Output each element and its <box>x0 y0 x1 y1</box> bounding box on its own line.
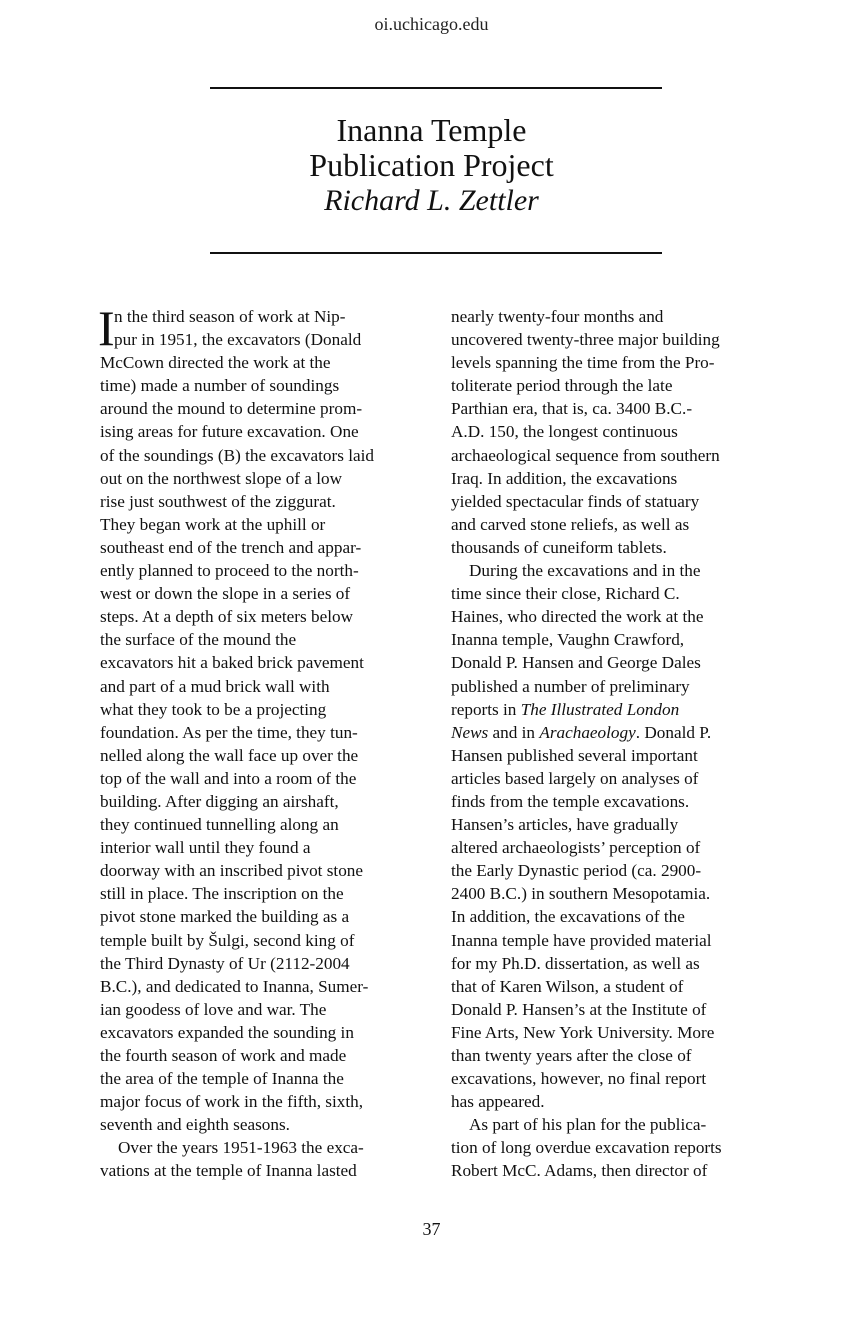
text-line: steps. At a depth of six meters below <box>100 605 420 628</box>
text-line: out on the northwest slope of a low <box>100 467 420 490</box>
paragraph-start-line: Over the years 1951-1963 the exca- <box>100 1136 420 1159</box>
text-line: Iraq. In addition, the excavations <box>451 467 781 490</box>
paragraph-start-line: During the excavations and in the <box>451 559 781 582</box>
publication-title-news: News <box>451 723 488 742</box>
text-line: ising areas for future excavation. One <box>100 420 420 443</box>
text-line: nelled along the wall face up over the <box>100 744 420 767</box>
text-line: for my Ph.D. dissertation, as well as <box>451 952 781 975</box>
text-line: southeast end of the trench and appar- <box>100 536 420 559</box>
text-line: In the third season of work at Nip- <box>100 305 420 328</box>
text-line: excavators expanded the sounding in <box>100 1021 420 1044</box>
text-run: and in <box>488 723 539 742</box>
text-line: levels spanning the time from the Pro- <box>451 351 781 374</box>
text-line: yielded spectacular finds of statuary <box>451 490 781 513</box>
text-line: Haines, who directed the work at the <box>451 605 781 628</box>
text-line: that of Karen Wilson, a student of <box>451 975 781 998</box>
right-column: nearly twenty-four months and uncovered … <box>451 305 781 1183</box>
text-line: still in place. The inscription on the <box>100 882 420 905</box>
text-line: the fourth season of work and made <box>100 1044 420 1067</box>
text-line: pur in 1951, the excavators (Donald <box>100 328 420 351</box>
publication-title-illustrated-london-news: The Illustrated London <box>521 700 680 719</box>
text-line: rise just southwest of the ziggurat. <box>100 490 420 513</box>
text-line: west or down the slope in a series of <box>100 582 420 605</box>
text-line: Donald P. Hansen and George Dales <box>451 651 781 674</box>
text-line: Donald P. Hansen’s at the Institute of <box>451 998 781 1021</box>
text-line: building. After digging an airshaft, <box>100 790 420 813</box>
text-line: Robert McC. Adams, then director of <box>451 1159 781 1182</box>
text-line: the Third Dynasty of Ur (2112-2004 <box>100 952 420 975</box>
text-line: they continued tunnelling along an <box>100 813 420 836</box>
text-line: articles based largely on analyses of <box>451 767 781 790</box>
text-line: Hansen’s articles, have gradually <box>451 813 781 836</box>
text-line: than twenty years after the close of <box>451 1044 781 1067</box>
text-line: Inanna temple have provided material <box>451 929 781 952</box>
text-line: foundation. As per the time, they tun- <box>100 721 420 744</box>
text-line: time) made a number of soundings <box>100 374 420 397</box>
text-line: ently planned to proceed to the north- <box>100 559 420 582</box>
text-line: A.D. 150, the longest continuous <box>451 420 781 443</box>
text-line: uncovered twenty-three major building <box>451 328 781 351</box>
bottom-rule <box>210 252 662 254</box>
text-line: vations at the temple of Inanna lasted <box>100 1159 420 1182</box>
text-line: and part of a mud brick wall with <box>100 675 420 698</box>
text-line-content: n the third season of work at Nip- <box>114 307 346 326</box>
text-line: Parthian era, that is, ca. 3400 B.C.- <box>451 397 781 420</box>
left-column: In the third season of work at Nip- pur … <box>100 305 420 1183</box>
text-line: Inanna temple, Vaughn Crawford, <box>451 628 781 651</box>
text-line: major focus of work in the fifth, sixth, <box>100 1090 420 1113</box>
article-title-line-2: Publication Project <box>0 148 863 183</box>
article-author: Richard L. Zettler <box>0 183 863 219</box>
text-line: around the mound to determine prom- <box>100 397 420 420</box>
text-line: thousands of cuneiform tablets. <box>451 536 781 559</box>
text-line: Fine Arts, New York University. More <box>451 1021 781 1044</box>
text-line: News and in Arachaeology. Donald P. <box>451 721 781 744</box>
text-line: and carved stone reliefs, as well as <box>451 513 781 536</box>
text-line: In addition, the excavations of the <box>451 905 781 928</box>
text-line: tion of long overdue excavation reports <box>451 1136 781 1159</box>
article-title-line-1: Inanna Temple <box>0 113 863 148</box>
text-line: B.C.), and dedicated to Inanna, Sumer- <box>100 975 420 998</box>
text-line: reports in The Illustrated London <box>451 698 781 721</box>
text-line: Hansen published several important <box>451 744 781 767</box>
text-line: pivot stone marked the building as a <box>100 905 420 928</box>
text-line: excavators hit a baked brick pavement <box>100 651 420 674</box>
text-line: time since their close, Richard C. <box>451 582 781 605</box>
text-line: McCown directed the work at the <box>100 351 420 374</box>
text-run: reports in <box>451 700 521 719</box>
text-line: the Early Dynastic period (ca. 2900- <box>451 859 781 882</box>
text-line: interior wall until they found a <box>100 836 420 859</box>
drop-cap: I <box>98 306 115 350</box>
text-line: altered archaeologists’ perception of <box>451 836 781 859</box>
text-line: excavations, however, no final report <box>451 1067 781 1090</box>
text-run: . Donald P. <box>636 723 711 742</box>
page-number: 37 <box>0 1219 863 1240</box>
text-line: the surface of the mound the <box>100 628 420 651</box>
text-line: of the soundings (B) the excavators laid <box>100 444 420 467</box>
text-line: doorway with an inscribed pivot stone <box>100 859 420 882</box>
text-line: toliterate period through the late <box>451 374 781 397</box>
text-line: archaeological sequence from southern <box>451 444 781 467</box>
text-line: 2400 B.C.) in southern Mesopotamia. <box>451 882 781 905</box>
text-line: temple built by Šulgi, second king of <box>100 929 420 952</box>
text-line: They began work at the uphill or <box>100 513 420 536</box>
text-line: top of the wall and into a room of the <box>100 767 420 790</box>
text-line: seventh and eighth seasons. <box>100 1113 420 1136</box>
source-watermark: oi.uchicago.edu <box>0 14 863 35</box>
text-line: published a number of preliminary <box>451 675 781 698</box>
top-rule <box>210 87 662 89</box>
title-block: Inanna Temple Publication Project Richar… <box>0 113 863 219</box>
paragraph-start-line: As part of his plan for the publica- <box>451 1113 781 1136</box>
text-line: has appeared. <box>451 1090 781 1113</box>
text-line: what they took to be a projecting <box>100 698 420 721</box>
publication-title-archaeology: Arachaeology <box>539 723 635 742</box>
text-line: the area of the temple of Inanna the <box>100 1067 420 1090</box>
text-line: ian goodess of love and war. The <box>100 998 420 1021</box>
text-line: nearly twenty-four months and <box>451 305 781 328</box>
text-line: finds from the temple excavations. <box>451 790 781 813</box>
